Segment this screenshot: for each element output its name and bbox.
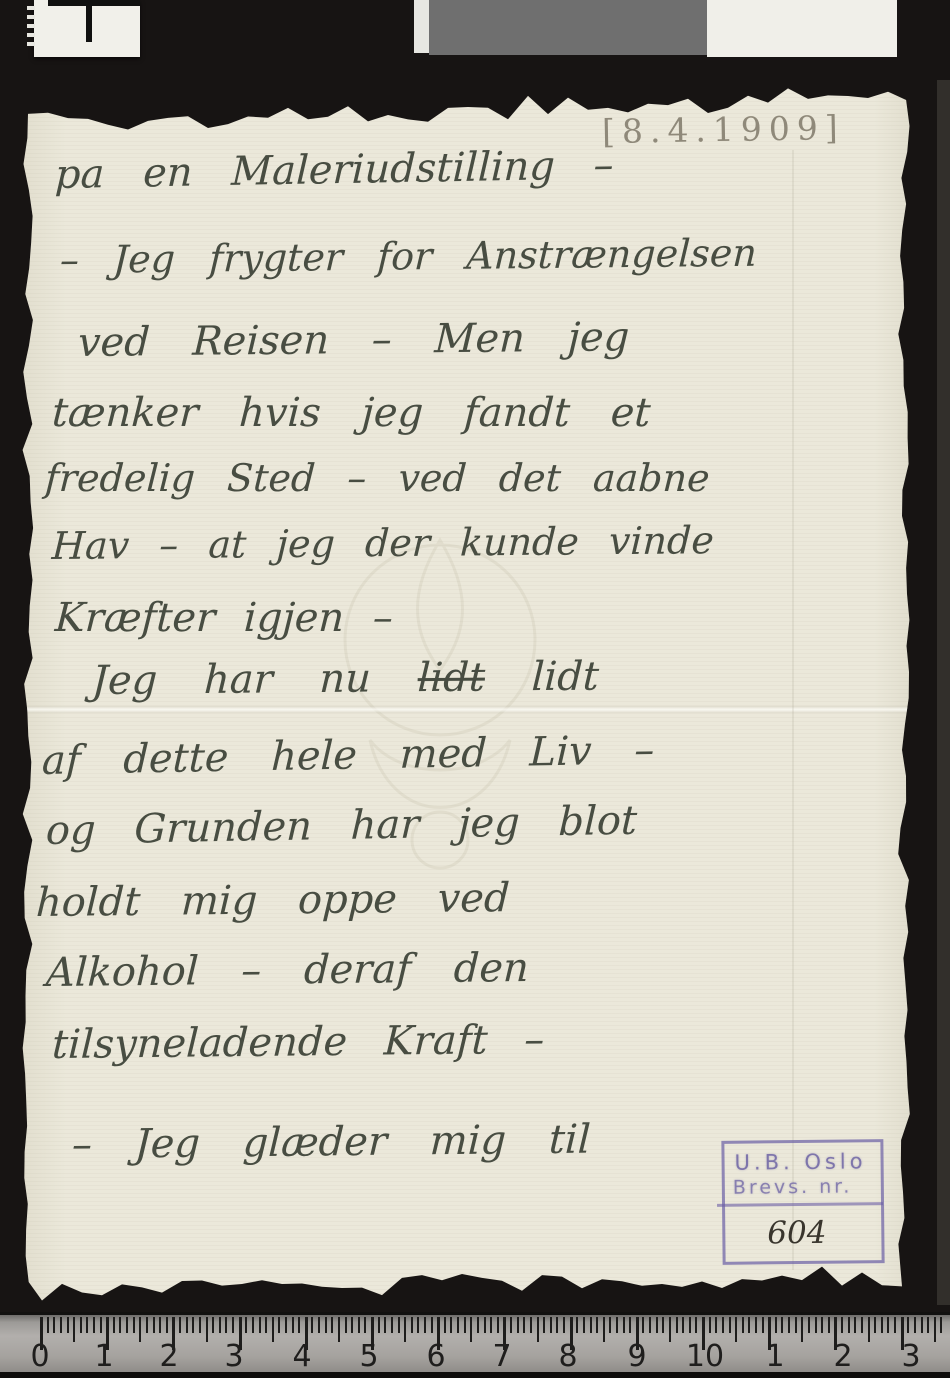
handwriting-line: Alkohol – deraf den: [45, 945, 530, 996]
ruler-tick: [86, 1317, 88, 1333]
ruler-tick: [404, 1317, 406, 1342]
ruler-tick: [596, 1317, 598, 1333]
paper-fold-crease: [0, 706, 950, 713]
ruler-number: 3: [224, 1339, 243, 1374]
ruler-tick: [556, 1317, 558, 1333]
ruler-tick: [715, 1317, 717, 1333]
letter-page: pa en Maleriudstilling –– Jeg frygter fo…: [0, 0, 950, 1378]
ruler-tick: [417, 1317, 419, 1333]
ruler-tick: [179, 1317, 181, 1333]
ruler-number: 6: [426, 1339, 445, 1374]
ruler-tick: [510, 1317, 512, 1333]
ruler-tick: [139, 1317, 141, 1342]
ruler-tick: [788, 1317, 790, 1333]
ruler-number: 1: [94, 1339, 113, 1374]
registration-cross-icon: [48, 0, 140, 6]
ruler-tick: [146, 1317, 148, 1333]
ruler-tick: [166, 1317, 168, 1333]
ruler-tick: [729, 1317, 731, 1333]
ruler-tick: [73, 1317, 75, 1342]
ruler-tick: [649, 1317, 651, 1333]
handwriting-line: ved Reisen – Men jeg: [77, 314, 630, 366]
ruler-tick: [576, 1317, 578, 1333]
handwriting-text: fredelig Sted – ved det aabne: [44, 456, 711, 500]
ruler-number: 5: [359, 1339, 378, 1374]
calibration-target: [34, 0, 140, 57]
ruler-tick: [311, 1317, 313, 1333]
ruler-tick: [583, 1317, 585, 1333]
ruler-tick: [563, 1317, 565, 1333]
handwriting-line: tilsyneladende Kraft –: [51, 1017, 545, 1068]
ruler-tick: [398, 1317, 400, 1333]
ruler-tick: [815, 1317, 817, 1333]
serration-marks: [27, 6, 35, 46]
ruler-tick: [934, 1317, 936, 1342]
ruler-tick: [590, 1317, 592, 1333]
ruler-tick: [881, 1317, 883, 1333]
handwriting-line: – Jeg frygter for Anstrængelsen: [59, 231, 758, 282]
ruler-tick: [921, 1317, 923, 1333]
ruler-tick: [67, 1317, 69, 1333]
handwriting-text: tænker hvis jeg fandt et: [51, 390, 652, 436]
ruler-tick: [444, 1317, 446, 1333]
ruler-tick: [742, 1317, 744, 1333]
ruler-tick: [225, 1317, 227, 1333]
ruler-tick: [411, 1317, 413, 1333]
ruler-tick: [345, 1317, 347, 1333]
ruler-tick: [775, 1317, 777, 1333]
handwriting-text: lidt: [484, 654, 600, 701]
ruler-tick: [629, 1317, 631, 1333]
ruler-tick: [914, 1317, 916, 1333]
ruler-tick: [484, 1317, 486, 1333]
ruler-number: 2: [159, 1339, 178, 1374]
ruler-tick: [616, 1317, 618, 1333]
ruler-tick: [318, 1317, 320, 1333]
ruler-tick: [192, 1317, 194, 1333]
handwriting-line: Kræfter igjen –: [54, 595, 394, 641]
handwriting-text: ved Reisen – Men jeg: [77, 314, 630, 366]
ruler-tick: [801, 1317, 803, 1342]
ruler-tick: [133, 1317, 135, 1333]
ruler-tick: [391, 1317, 393, 1333]
ruler-tick: [755, 1317, 757, 1333]
ruler-number: 0: [30, 1339, 49, 1374]
ruler-tick: [709, 1317, 711, 1333]
handwriting-text: Alkohol – deraf den: [45, 945, 530, 996]
ruler-tick: [278, 1317, 280, 1333]
ruler-tick: [642, 1317, 644, 1333]
ruler-tick: [735, 1317, 737, 1342]
ruler: 012345678910123: [0, 1312, 950, 1375]
ruler-number: 7: [492, 1339, 511, 1374]
ruler-tick: [212, 1317, 214, 1333]
ruler-tick: [868, 1317, 870, 1342]
ruler-tick: [603, 1317, 605, 1342]
ruler-tick: [656, 1317, 658, 1333]
ruler-tick: [113, 1317, 115, 1333]
stamp-label: Brevs. nr.: [733, 1175, 853, 1198]
ruler-tick: [199, 1317, 201, 1333]
handwriting-text: tilsyneladende Kraft –: [51, 1017, 545, 1068]
scan-bottom-strip: [0, 1372, 950, 1378]
ruler-tick: [219, 1317, 221, 1333]
ruler-tick: [609, 1317, 611, 1333]
ruler-tick: [887, 1317, 889, 1333]
ruler-tick: [854, 1317, 856, 1333]
calibration-white-patch: [707, 0, 897, 57]
calibration-white-strip: [414, 0, 429, 53]
ruler-number: 9: [627, 1339, 646, 1374]
ruler-tick: [762, 1317, 764, 1333]
stamp-institution: U.B. Oslo: [734, 1149, 866, 1174]
ruler-tick: [358, 1317, 360, 1333]
ruler-tick: [60, 1317, 62, 1333]
ruler-tick: [907, 1317, 909, 1333]
ruler-tick: [490, 1317, 492, 1333]
ruler-tick: [874, 1317, 876, 1333]
ruler-number: 10: [686, 1339, 724, 1374]
ruler-tick: [848, 1317, 850, 1333]
library-stamp: U.B. Oslo Brevs. nr. 604: [721, 1139, 884, 1265]
ruler-tick: [927, 1317, 929, 1333]
ruler-tick: [669, 1317, 671, 1342]
ruler-tick: [841, 1317, 843, 1333]
ruler-tick: [464, 1317, 466, 1333]
ruler-tick: [662, 1317, 664, 1333]
stamp-number: 604: [767, 1215, 827, 1252]
ruler-number: 3: [901, 1339, 920, 1374]
ruler-tick: [722, 1317, 724, 1333]
ruler-tick: [384, 1317, 386, 1333]
registration-cross-icon: [86, 0, 92, 42]
ruler-tick: [695, 1317, 697, 1333]
ruler-tick: [245, 1317, 247, 1333]
ruler-tick: [298, 1317, 300, 1333]
handwriting-line: pa en Maleriudstilling –: [54, 142, 614, 198]
ruler-tick: [331, 1317, 333, 1333]
handwriting-line: Jeg har nu lidt lidt: [91, 654, 600, 704]
handwriting-text: pa en Maleriudstilling –: [54, 142, 614, 198]
ruler-tick: [497, 1317, 499, 1333]
ruler-tick: [153, 1317, 155, 1333]
ruler-tick: [126, 1317, 128, 1333]
ruler-number: 1: [765, 1339, 784, 1374]
ruler-tick: [795, 1317, 797, 1333]
ruler-tick: [861, 1317, 863, 1333]
ruler-tick: [550, 1317, 552, 1333]
ruler-tick: [523, 1317, 525, 1333]
ruler-tick: [351, 1317, 353, 1333]
ruler-tick: [338, 1317, 340, 1342]
ruler-tick: [53, 1317, 55, 1333]
scan-edge-strip: [937, 80, 950, 1305]
ruler-tick: [450, 1317, 452, 1333]
ruler-number: 4: [292, 1339, 311, 1374]
handwriting-text: – Jeg glæder mig til: [71, 1117, 591, 1168]
ruler-tick: [821, 1317, 823, 1333]
ruler-tick: [689, 1317, 691, 1333]
ruler-tick: [47, 1317, 49, 1333]
ruler-tick: [186, 1317, 188, 1333]
ruler-tick: [364, 1317, 366, 1333]
ruler-tick: [781, 1317, 783, 1333]
ruler-tick: [457, 1317, 459, 1333]
ruler-tick: [477, 1317, 479, 1333]
ruler-tick: [676, 1317, 678, 1333]
ruler-tick: [159, 1317, 161, 1333]
ruler-tick: [119, 1317, 121, 1333]
ruler-tick: [232, 1317, 234, 1333]
stamp-divider: [717, 1202, 883, 1207]
ruler-tick: [537, 1317, 539, 1342]
handwriting-line: tænker hvis jeg fandt et: [51, 390, 652, 436]
ruler-tick: [543, 1317, 545, 1333]
ruler-tick: [265, 1317, 267, 1333]
ruler-tick: [940, 1317, 942, 1333]
handwriting-line: fredelig Sted – ved det aabne: [44, 456, 711, 500]
ruler-tick: [206, 1317, 208, 1342]
ruler-tick: [470, 1317, 472, 1342]
ruler-tick: [252, 1317, 254, 1333]
ruler-tick: [623, 1317, 625, 1333]
ruler-tick: [424, 1317, 426, 1333]
ruler-number: 8: [558, 1339, 577, 1374]
ruler-tick: [325, 1317, 327, 1333]
ruler-tick: [431, 1317, 433, 1333]
handwriting-line: holdt mig oppe ved: [35, 875, 511, 926]
ruler-tick: [748, 1317, 750, 1333]
ruler-tick: [272, 1317, 274, 1342]
handwriting-text: Kræfter igjen –: [54, 595, 394, 641]
ruler-tick: [682, 1317, 684, 1333]
strikethrough-word: lidt: [417, 655, 486, 702]
ruler-tick: [517, 1317, 519, 1333]
ruler-tick: [80, 1317, 82, 1333]
ruler-tick: [292, 1317, 294, 1333]
paper-crease-vertical: [792, 150, 794, 1270]
ruler-number: 2: [833, 1339, 852, 1374]
handwriting-text: – Jeg frygter for Anstrængelsen: [59, 231, 758, 282]
handwriting-line: Hav – at jeg der kunde vinde: [51, 518, 715, 568]
ruler-tick: [285, 1317, 287, 1333]
ruler-tick: [93, 1317, 95, 1333]
ruler-tick: [894, 1317, 896, 1333]
ruler-tick: [828, 1317, 830, 1333]
ruler-tick: [808, 1317, 810, 1333]
handwriting-text: Hav – at jeg der kunde vinde: [51, 518, 715, 568]
calibration-gray-patch: [429, 0, 707, 55]
ruler-tick: [100, 1317, 102, 1333]
date-annotation: [8.4.1909]: [602, 108, 845, 151]
ruler-tick: [530, 1317, 532, 1333]
handwriting-line: – Jeg glæder mig til: [71, 1117, 591, 1168]
ruler-tick: [259, 1317, 261, 1333]
handwriting-text: holdt mig oppe ved: [35, 875, 511, 926]
handwriting-text: Jeg har nu: [91, 655, 419, 704]
scan-background: { "letter": { "date_annotation": "[8.4.1…: [0, 0, 950, 1378]
ruler-tick: [378, 1317, 380, 1333]
